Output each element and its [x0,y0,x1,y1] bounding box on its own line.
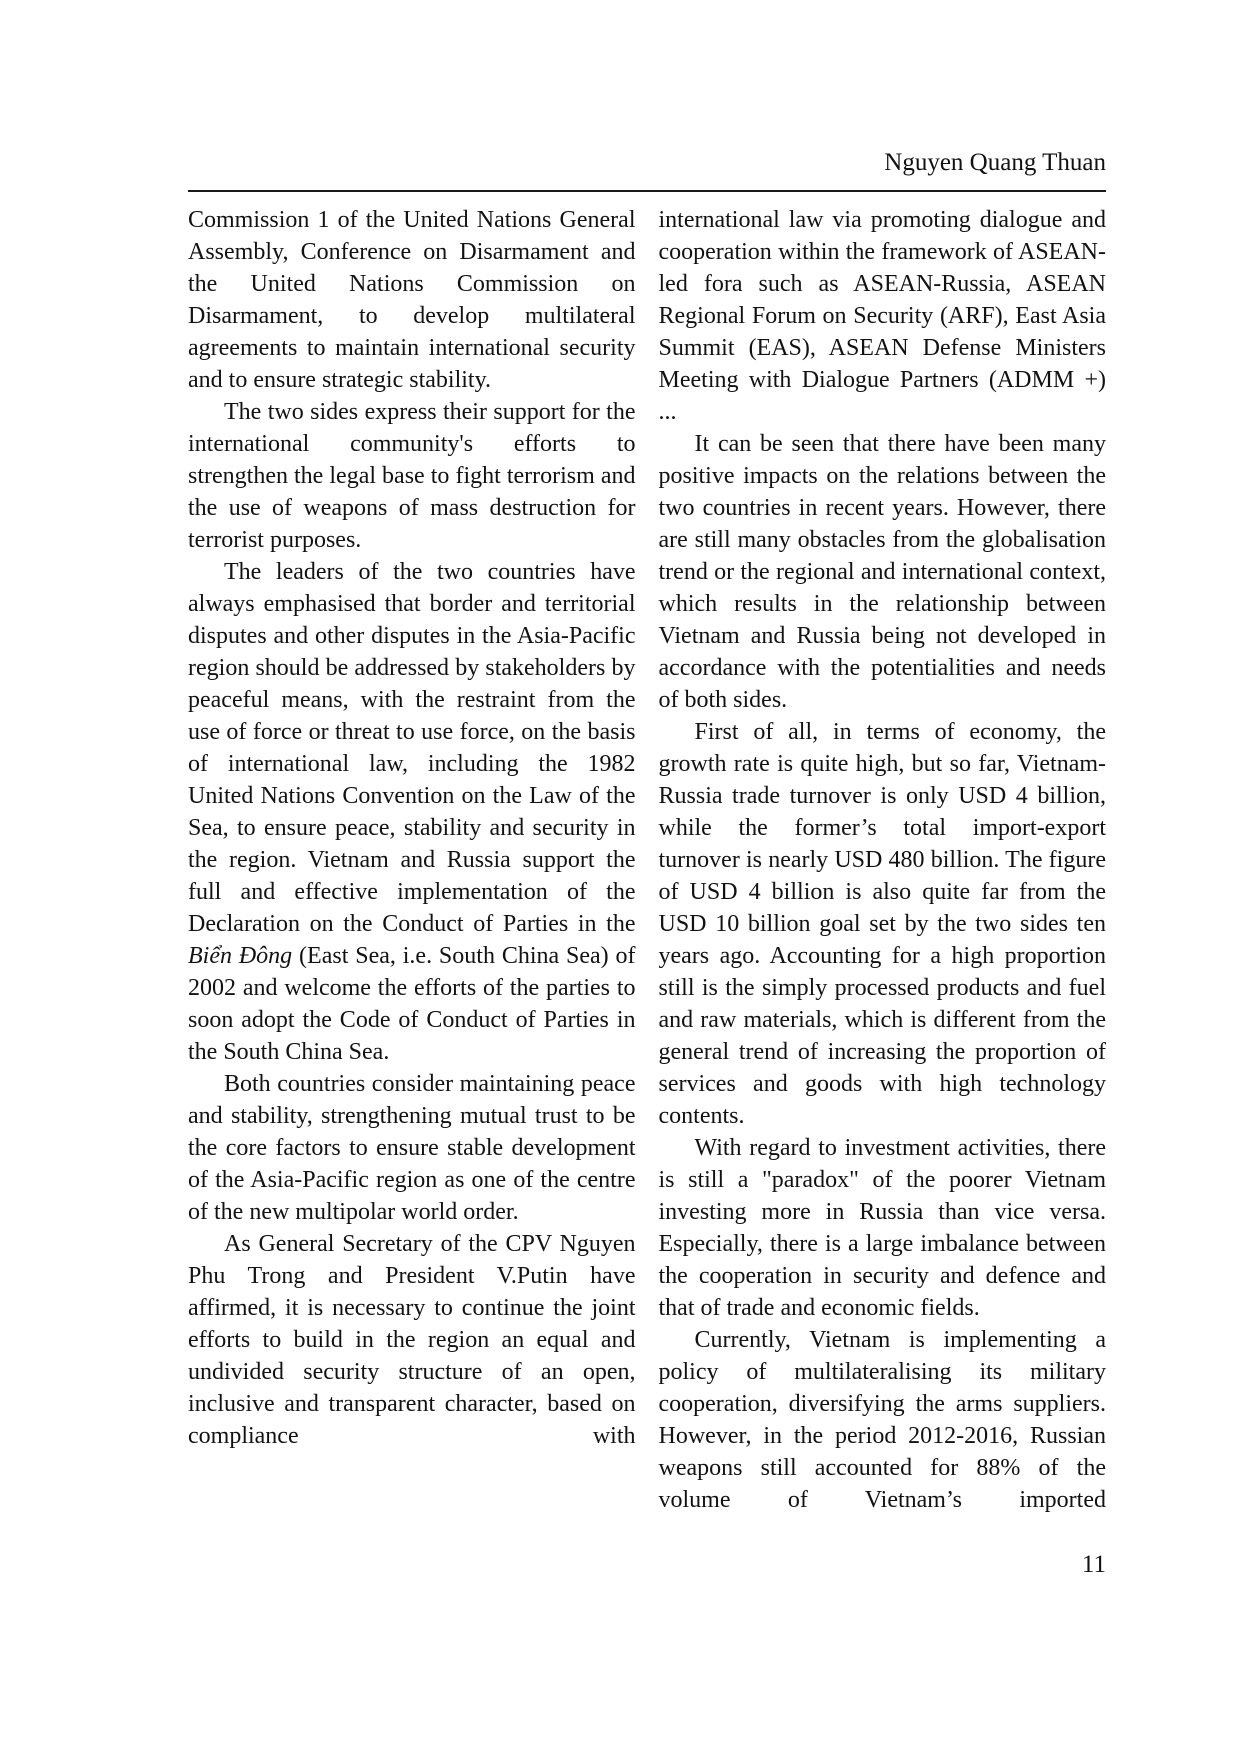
two-column-body: Commission 1 of the United Nations Gener… [188,204,1106,1516]
text-run: The two sides express their support for … [188,399,636,553]
text-run: First of all, in terms of economy, the g… [659,719,1107,1129]
text-run-italic: Biển Đông [188,943,292,969]
text-run: The leaders of the two countries have al… [188,559,636,937]
text-run: With regard to investment activities, th… [659,1135,1107,1321]
paragraph: The two sides express their support for … [188,396,636,556]
running-head-author: Nguyen Quang Thuan [188,148,1106,178]
document-page: Nguyen Quang Thuan Commission 1 of the U… [0,0,1240,1753]
paragraph: It can be seen that there have been many… [659,428,1107,716]
paragraph: With regard to investment activities, th… [659,1132,1107,1324]
paragraph: international law via promoting dialogue… [659,204,1107,428]
text-run: Both countries consider maintaining peac… [188,1071,636,1225]
page-number: 11 [188,1550,1106,1580]
text-run: Commission 1 of the United Nations Gener… [188,207,636,393]
paragraph: First of all, in terms of economy, the g… [659,716,1107,1132]
paragraph: As General Secretary of the CPV Nguyen P… [188,1228,636,1452]
right-column: international law via promoting dialogue… [659,204,1107,1516]
left-column: Commission 1 of the United Nations Gener… [188,204,636,1516]
header-rule [188,190,1106,192]
text-run: It can be seen that there have been many… [659,431,1107,713]
page-content: Nguyen Quang Thuan Commission 1 of the U… [188,148,1106,1516]
text-run: international law via promoting dialogue… [659,207,1107,425]
text-run: Currently, Vietnam is implementing a pol… [659,1327,1107,1513]
paragraph: Both countries consider maintaining peac… [188,1068,636,1228]
paragraph: The leaders of the two countries have al… [188,556,636,1068]
paragraph: Currently, Vietnam is implementing a pol… [659,1324,1107,1516]
text-run: As General Secretary of the CPV Nguyen P… [188,1231,636,1449]
paragraph: Commission 1 of the United Nations Gener… [188,204,636,396]
